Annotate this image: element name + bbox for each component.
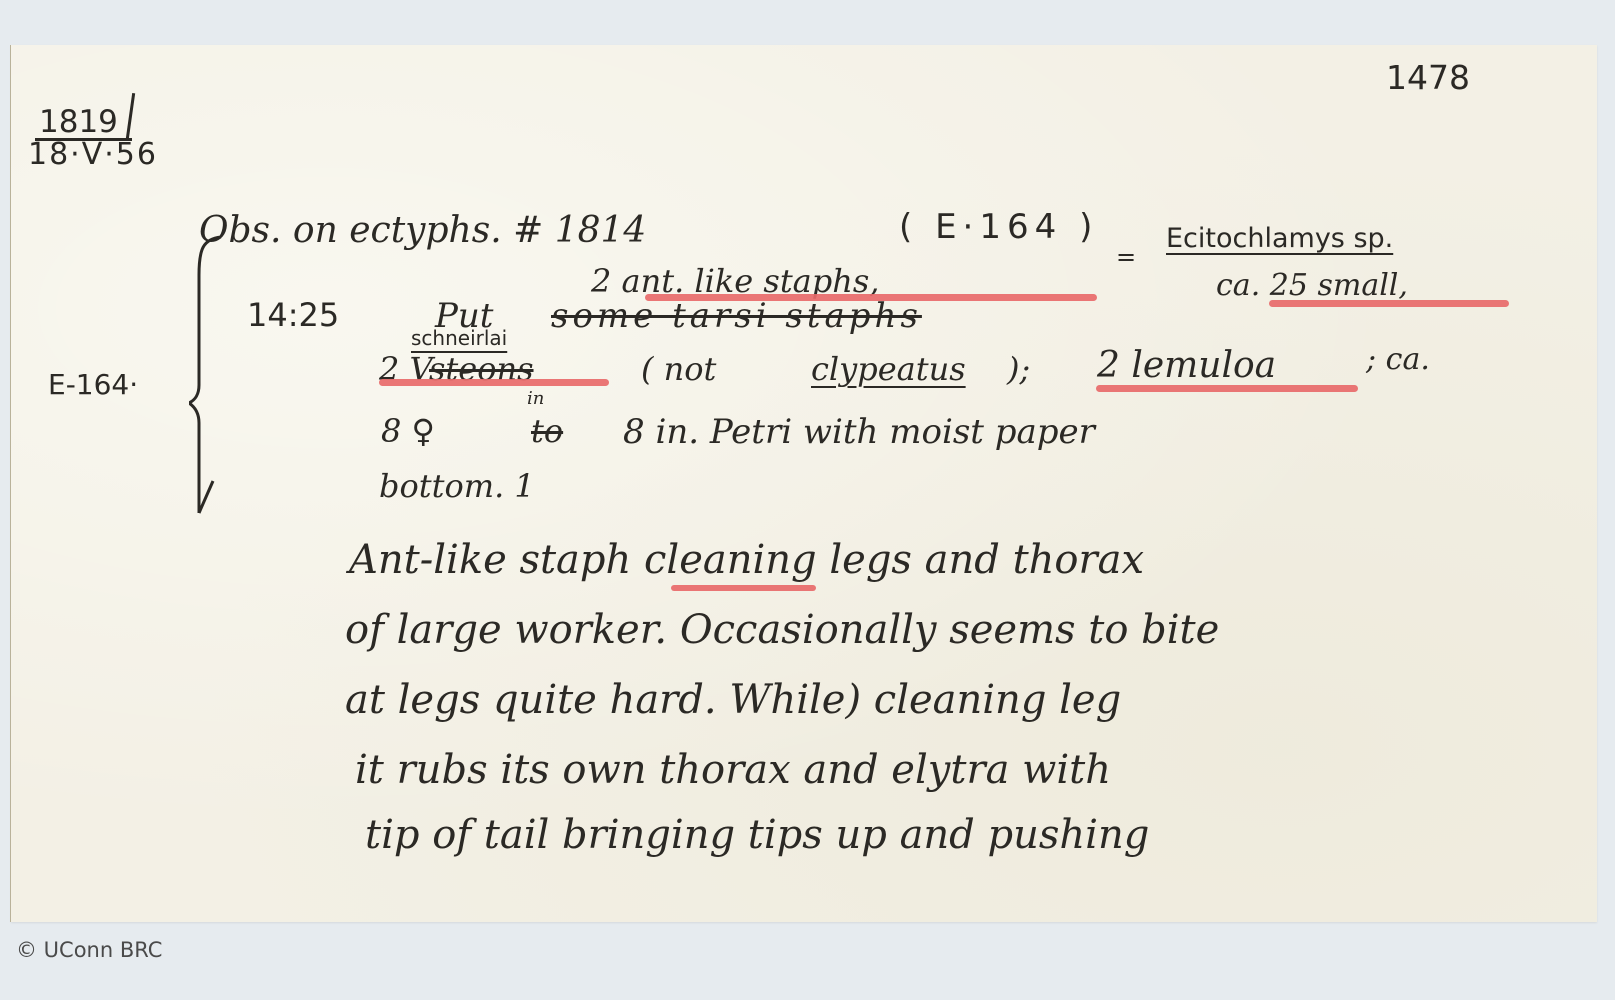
note-underlined: staph <box>519 537 631 583</box>
paren-end: ); <box>1007 353 1030 385</box>
card-number-right: 1478 <box>1386 61 1470 94</box>
copyright-credit: © UConn BRC <box>16 938 162 962</box>
obs-line: Obs. on ectyphs. # 1814 <box>199 213 646 249</box>
ca-text: ; ca. <box>1366 345 1430 375</box>
petri-text: 8 in. Petri with moist paper <box>623 415 1095 449</box>
superscript-species: schneirlai <box>411 328 507 348</box>
equals-sign: = <box>1116 245 1136 269</box>
inserted-text: 2 ant. like staphs, <box>591 265 879 297</box>
inserted-in: in <box>527 390 544 408</box>
index-card: 1819 1478 18·V·56 E-164· Obs. on ectyphs… <box>11 45 1597 922</box>
count-text: ca. 25 small, <box>1216 271 1408 301</box>
note-line-2: of large worker. Occasionally seems to b… <box>345 610 1219 650</box>
note-line-5: tip of tail bringing tips up and pushing <box>365 815 1149 855</box>
time: 14:25 <box>247 299 339 331</box>
red-underline <box>379 379 609 386</box>
clypeatus: clypeatus <box>811 353 966 385</box>
red-underline <box>1269 300 1509 307</box>
not-paren: ( not <box>641 353 716 385</box>
note-line-4: it rubs its own thorax and elytra with <box>355 750 1111 790</box>
note-before: Ant-like <box>349 537 507 583</box>
worker-count: 8 ♀ <box>381 415 435 447</box>
struck-text: some tarsi staphs <box>551 299 922 333</box>
reference-code: ( E·164 ) <box>899 210 1098 244</box>
red-underline <box>1096 385 1358 392</box>
card-number-boxed: 1819 <box>35 107 132 141</box>
brace-icon <box>189 235 229 525</box>
note-line-3: at legs quite hard. While) cleaning leg <box>345 680 1121 720</box>
struck-to: to <box>531 415 563 447</box>
side-label: E-164· <box>48 371 138 399</box>
date: 18·V·56 <box>28 140 158 170</box>
note-line-1: Ant-like staph cleaning legs and thorax <box>349 540 1144 580</box>
bottom-text: bottom. 1 <box>379 470 535 502</box>
lemuloa: 2 lemuloa <box>1097 348 1276 384</box>
species-name: Ecitochlamys sp. <box>1166 225 1393 252</box>
red-underline <box>671 585 816 591</box>
note-after: cleaning legs and thorax <box>644 537 1144 583</box>
